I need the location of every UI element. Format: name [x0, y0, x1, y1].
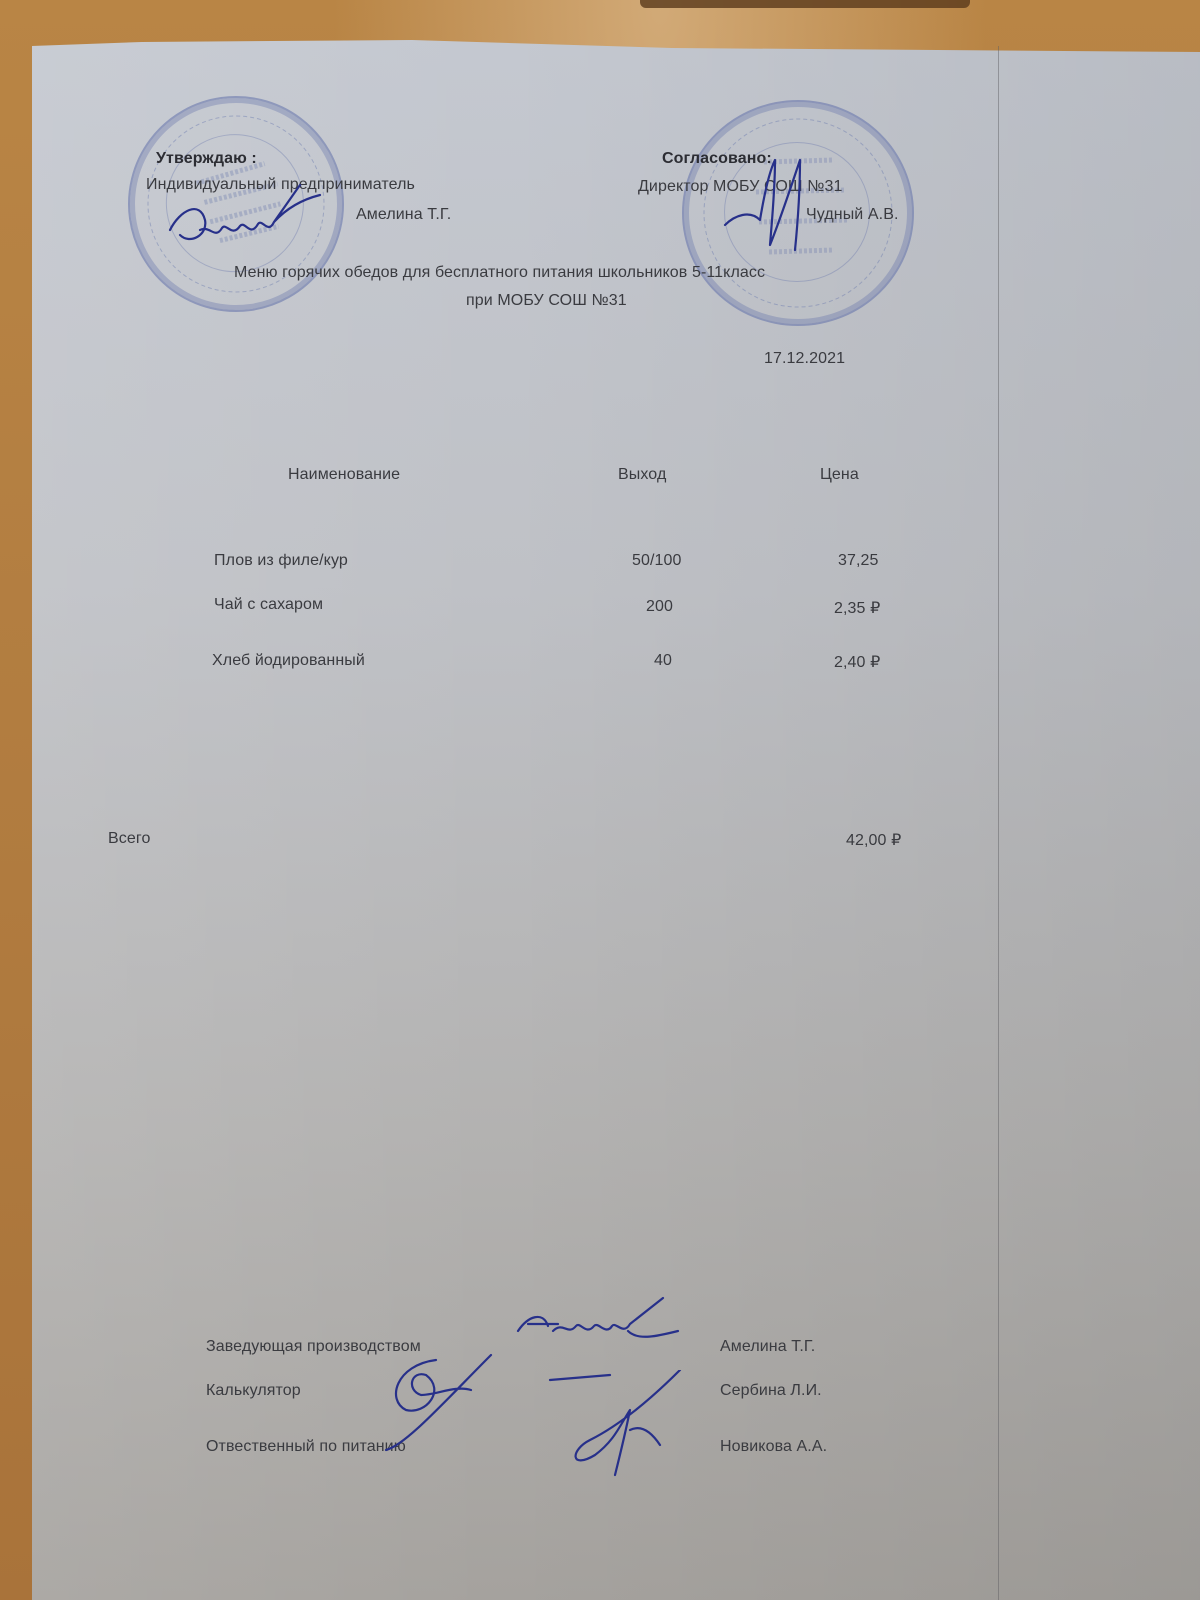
- item-output: 50/100: [632, 552, 682, 570]
- signatory-name: Новикова А.А.: [720, 1438, 827, 1456]
- approve-heading: Утверждаю :: [156, 150, 257, 168]
- signature-icon: [376, 1350, 506, 1460]
- item-name: Чай с сахаром: [214, 596, 323, 614]
- signatory-role: Калькулятор: [206, 1382, 301, 1400]
- column-header-name: Наименование: [288, 466, 400, 484]
- document-title-line2: при МОБУ СОШ №31: [466, 292, 627, 310]
- column-header-output: Выход: [618, 466, 666, 484]
- total-value: 42,00 ₽: [846, 830, 901, 850]
- approve-name: Амелина Т.Г.: [356, 206, 451, 224]
- item-output: 40: [654, 652, 672, 670]
- signatory-name: Амелина Т.Г.: [720, 1338, 815, 1356]
- dark-object-on-table: [640, 0, 970, 8]
- item-name: Хлеб йодированный: [212, 652, 365, 670]
- column-header-price: Цена: [820, 466, 859, 484]
- signatory-name: Сербина Л.И.: [720, 1382, 822, 1400]
- item-price: 37,25: [838, 552, 879, 570]
- document-date: 17.12.2021: [764, 350, 845, 368]
- total-label: Всего: [108, 830, 150, 848]
- underlying-page-edge: [998, 46, 999, 1600]
- item-price: 2,35 ₽: [834, 598, 880, 618]
- signature-icon: [488, 1296, 718, 1356]
- signature-icon: [720, 150, 830, 260]
- signature-icon: [160, 180, 340, 270]
- item-price: 2,40 ₽: [834, 652, 880, 672]
- signature-icon: [540, 1370, 700, 1480]
- item-output: 200: [646, 598, 673, 616]
- item-name: Плов из филе/кур: [214, 552, 348, 570]
